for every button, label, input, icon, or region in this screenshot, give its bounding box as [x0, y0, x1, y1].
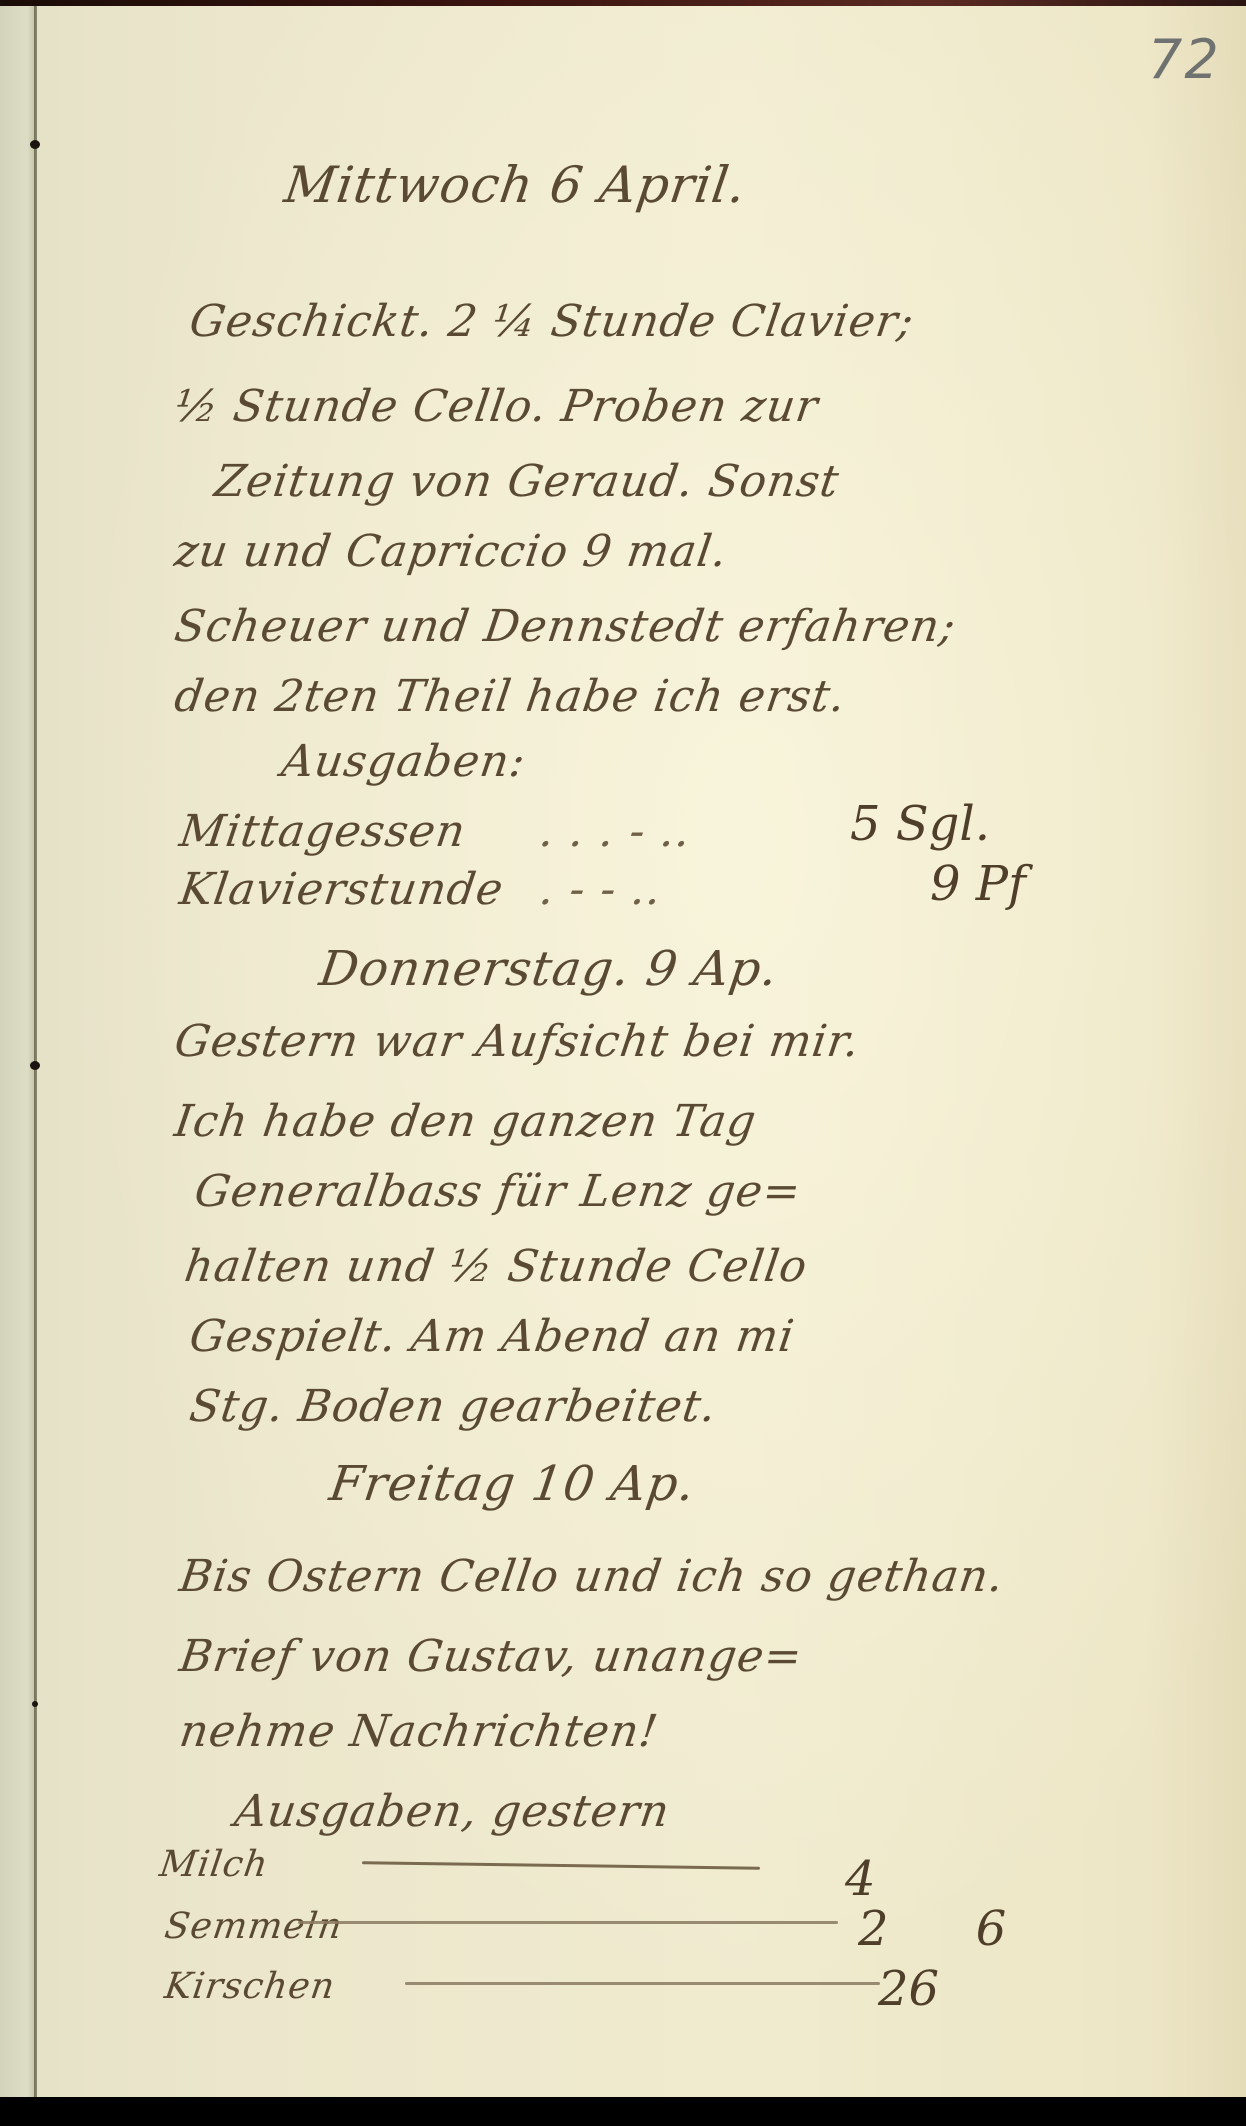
- expense-amount: 4: [845, 1851, 876, 1907]
- entry-line: Geschickt. 2 ¼ Stunde Clavier;: [186, 296, 917, 347]
- expense-amount: 5 Sgl.: [850, 796, 990, 852]
- entry-heading: Freitag 10 Ap.: [326, 1456, 699, 1512]
- expense-leader-line: [362, 1861, 760, 1870]
- expense-item: Mittagessen: [176, 806, 469, 857]
- expenses-label: Ausgaben:: [278, 736, 529, 787]
- entry-line: Scheuer und Dennstedt erfahren;: [171, 601, 959, 652]
- page-gutter: [0, 6, 34, 2097]
- page-number: 72: [1148, 28, 1221, 91]
- expense-leader: . . . - ..: [536, 806, 694, 857]
- expenses-label: Ausgaben, gestern: [231, 1786, 673, 1837]
- entry-line: nehme Nachrichten!: [176, 1706, 661, 1757]
- scan-bottom-edge: [0, 2097, 1246, 2126]
- expense-leader-line: [405, 1982, 880, 1985]
- entry-line: den 2ten Theil habe ich erst.: [171, 671, 849, 722]
- entry-heading: Donnerstag. 9 Ap.: [316, 941, 782, 997]
- entry-line: Gespielt. Am Abend an mi: [186, 1311, 797, 1362]
- expense-item: Kirschen: [162, 1966, 338, 2007]
- entry-line: Bis Ostern Cello und ich so gethan.: [176, 1551, 1007, 1602]
- binding-fold-line: [34, 6, 37, 2097]
- entry-line: Stg. Boden gearbeitet.: [186, 1381, 720, 1432]
- stitch-hole-icon: [32, 1701, 38, 1707]
- entry-line: ½ Stunde Cello. Proben zur: [171, 381, 821, 432]
- entry-line: Zeitung von Geraud. Sonst: [211, 456, 842, 507]
- expense-item: Milch: [157, 1844, 271, 1885]
- entry-line: halten und ½ Stunde Cello: [181, 1241, 810, 1292]
- entry-line: Generalbass für Lenz ge=: [191, 1166, 804, 1217]
- entry-line: Ich habe den ganzen Tag: [171, 1096, 759, 1147]
- entry-line: Gestern war Aufsicht bei mir.: [171, 1016, 863, 1067]
- stitch-hole-icon: [30, 140, 40, 149]
- expense-amount: 9 Pf: [930, 856, 1026, 912]
- expense-amount: 2 6: [858, 1901, 1042, 1957]
- stitch-hole-icon: [30, 1061, 40, 1070]
- expense-amount: 26: [878, 1961, 939, 2017]
- entry-line: Brief von Gustav, unange=: [176, 1631, 806, 1682]
- expense-item: Klavierstunde: [176, 864, 506, 915]
- entry-line: zu und Capriccio 9 mal.: [171, 526, 731, 577]
- expense-leader: . - - ..: [536, 864, 665, 915]
- entry-heading: Mittwoch 6 April.: [281, 156, 750, 214]
- expense-leader-line: [298, 1921, 838, 1924]
- manuscript-page: 72 Mittwoch 6 April. Geschickt. 2 ¼ Stun…: [0, 6, 1246, 2097]
- expense-item: Semmeln: [162, 1906, 345, 1947]
